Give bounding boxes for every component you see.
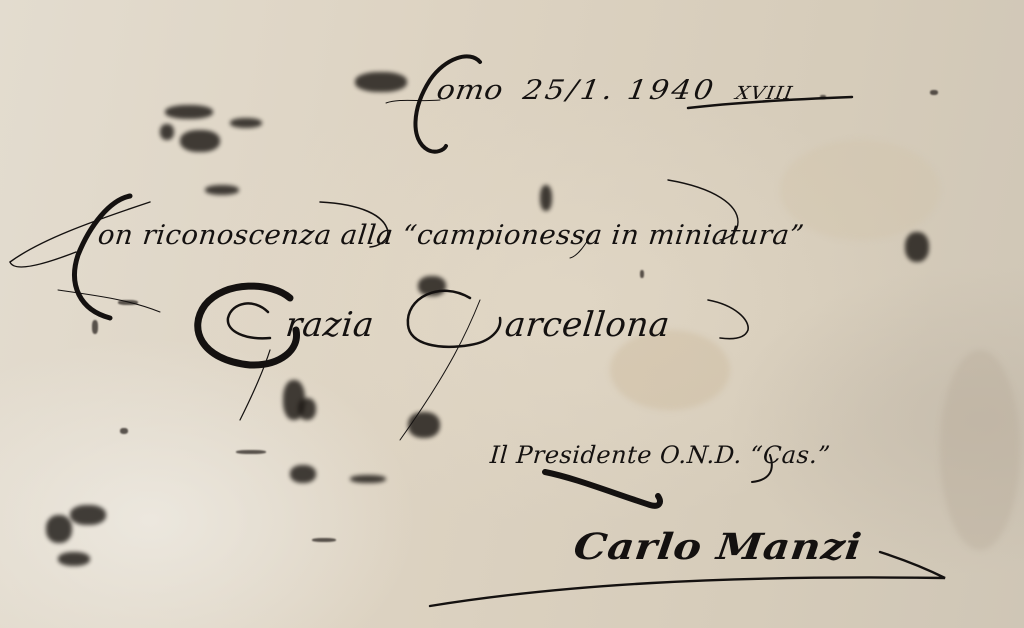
ink-blot	[290, 465, 316, 483]
ink-blot	[165, 105, 213, 119]
date-text: 25/1. 1940	[521, 75, 719, 107]
recipient-first-name: razia	[284, 305, 376, 345]
ink-speck	[640, 270, 644, 278]
ink-blot	[418, 276, 446, 296]
ink-speck	[236, 450, 266, 454]
president-title: Il Presidente O.N.D. “Cas.”	[489, 441, 831, 469]
ink-blot	[46, 515, 72, 543]
handwritten-card: omo 25/1. 1940 XVIII on riconoscenza all…	[0, 0, 1024, 628]
date-line: omo 25/1. 1940 XVIII	[435, 75, 796, 107]
ink-speck	[92, 320, 98, 334]
presidente-swash	[545, 472, 660, 506]
ink-blot	[160, 124, 174, 140]
recipient-last-name: arcellona	[503, 305, 672, 345]
dedication-text: on riconoscenza alla “campionessa in min…	[96, 220, 805, 251]
signature: Carlo Manzi	[571, 526, 864, 568]
ink-blot	[205, 185, 239, 195]
ink-blot	[58, 552, 90, 566]
ink-blot	[350, 475, 386, 483]
ink-blot	[230, 118, 262, 128]
ink-blot	[70, 505, 106, 525]
ink-blot	[540, 185, 552, 211]
ink-speck	[120, 428, 128, 434]
con-c-loop	[10, 252, 76, 267]
ink-speck	[312, 538, 336, 542]
como-c-hairline	[386, 100, 440, 103]
ink-blot	[408, 412, 440, 438]
grazia-g-descender	[240, 350, 270, 420]
con-c-tail	[58, 290, 160, 312]
place-name: omo	[435, 75, 506, 107]
fascist-era-year: XVIII	[734, 82, 795, 104]
ink-speck	[118, 300, 138, 305]
ink-blot	[298, 398, 316, 420]
ink-speck	[820, 95, 826, 99]
paper-stain	[940, 350, 1020, 550]
ink-blot	[180, 130, 220, 152]
ink-speck	[930, 90, 938, 95]
ink-blot	[355, 72, 407, 92]
recipient-name: razia arcellona	[238, 300, 673, 346]
ink-blot	[905, 232, 929, 262]
barcellona-swash	[708, 300, 748, 339]
